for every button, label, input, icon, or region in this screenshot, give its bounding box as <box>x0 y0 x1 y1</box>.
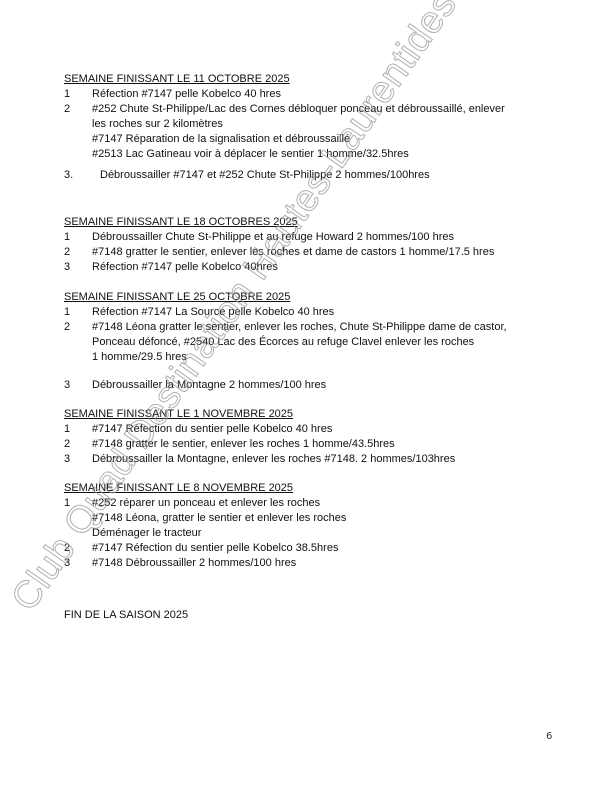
item-number: 3 <box>64 452 92 467</box>
item-number: 1 <box>64 87 92 102</box>
week-section-nov-1: SEMAINE FINISSANT LE 1 NOVEMBRE 2025 1 #… <box>64 407 564 467</box>
list-item: 3 #7148 Débroussailler 2 hommes/100 hres <box>64 556 564 571</box>
item-text: #252 réparer un ponceau et enlever les r… <box>64 496 564 511</box>
list-item: 2 #7147 Réfection du sentier pelle Kobel… <box>64 541 564 556</box>
list-item: 1 #7147 Réfection du sentier pelle Kobel… <box>64 422 564 437</box>
item-text-continued: Ponceau défoncé, #2540 Lac des Écorces a… <box>64 335 564 350</box>
list-item: 3. Débroussailler #7147 et #252 Chute St… <box>64 168 564 183</box>
season-end-note: FIN DE LA SAISON 2025 <box>64 608 188 623</box>
week-section-oct-11: SEMAINE FINISSANT LE 11 OCTOBRE 2025 1 R… <box>64 72 564 183</box>
list-item: 3 Débroussailler la Montagne 2 hommes/10… <box>64 378 564 393</box>
section-heading: SEMAINE FINISSANT LE 1 NOVEMBRE 2025 <box>64 407 564 422</box>
section-heading: SEMAINE FINISSANT LE 18 OCTOBRES 2025 <box>64 215 564 230</box>
list-item: 3 Réfection #7147 pelle Kobelco 40hres <box>64 260 564 275</box>
item-number: 3 <box>64 260 92 275</box>
item-number: 2 <box>64 320 92 335</box>
item-text-continued: #7148 Léona, gratter le sentier et enlev… <box>64 511 564 526</box>
item-text: Réfection #7147 La Source pelle Kobelco … <box>64 305 564 320</box>
item-text: Débroussailler la Montagne 2 hommes/100 … <box>64 378 564 393</box>
item-number: 1 <box>64 230 92 245</box>
item-text: Réfection #7147 pelle Kobelco 40hres <box>64 260 564 275</box>
list-item: 2 #7148 Léona gratter le sentier, enleve… <box>64 320 564 365</box>
document-page: SEMAINE FINISSANT LE 11 OCTOBRE 2025 1 R… <box>0 0 612 792</box>
week-section-nov-8: SEMAINE FINISSANT LE 8 NOVEMBRE 2025 1 #… <box>64 481 564 571</box>
list-item: 2 #7148 gratter le sentier, enlever les … <box>64 437 564 452</box>
list-item: 1 Réfection #7147 La Source pelle Kobelc… <box>64 305 564 320</box>
section-heading: SEMAINE FINISSANT LE 25 OCTOBRE 2025 <box>64 290 564 305</box>
page-number: 6 <box>546 731 552 742</box>
list-item: 3 Débroussailler la Montagne, enlever le… <box>64 452 564 467</box>
item-text-continued: 1 homme/29.5 hres <box>64 350 564 365</box>
list-item: 2 #252 Chute St-Philippe/Lac des Cornes … <box>64 102 564 162</box>
item-text-continued: #7147 Réparation de la signalisation et … <box>64 132 564 147</box>
item-text: Débroussailler la Montagne, enlever les … <box>64 452 564 467</box>
item-number: 3 <box>64 378 92 393</box>
item-text: #252 Chute St-Philippe/Lac des Cornes dé… <box>64 102 564 117</box>
list-item: 1 Débroussailler Chute St-Philippe et au… <box>64 230 564 245</box>
item-number: 3. <box>64 168 100 183</box>
item-text: Débroussailler Chute St-Philippe et au r… <box>64 230 564 245</box>
item-text: #7148 Débroussailler 2 hommes/100 hres <box>64 556 564 571</box>
item-number: 3 <box>64 556 92 571</box>
section-heading: SEMAINE FINISSANT LE 11 OCTOBRE 2025 <box>64 72 564 87</box>
item-text: Débroussailler #7147 et #252 Chute St-Ph… <box>64 168 564 183</box>
item-number: 1 <box>64 422 92 437</box>
item-number: 2 <box>64 102 92 117</box>
item-text: #7148 gratter le sentier, enlever les ro… <box>64 437 564 452</box>
item-text: Réfection #7147 pelle Kobelco 40 hres <box>64 87 564 102</box>
item-text: #7148 Léona gratter le sentier, enlever … <box>64 320 564 335</box>
week-section-oct-25: SEMAINE FINISSANT LE 25 OCTOBRE 2025 1 R… <box>64 290 564 393</box>
list-item: 1 #252 réparer un ponceau et enlever les… <box>64 496 564 541</box>
item-number: 1 <box>64 305 92 320</box>
item-text-continued: #2513 Lac Gatineau voir à déplacer le se… <box>64 147 564 162</box>
item-text: #7147 Réfection du sentier pelle Kobelco… <box>64 541 564 556</box>
week-section-oct-18: SEMAINE FINISSANT LE 18 OCTOBRES 2025 1 … <box>64 215 564 275</box>
section-heading: SEMAINE FINISSANT LE 8 NOVEMBRE 2025 <box>64 481 564 496</box>
item-number: 2 <box>64 245 92 260</box>
item-text-continued: Déménager le tracteur <box>64 526 564 541</box>
item-number: 2 <box>64 437 92 452</box>
item-text: #7147 Réfection du sentier pelle Kobelco… <box>64 422 564 437</box>
item-number: 2 <box>64 541 92 556</box>
list-item: 1 Réfection #7147 pelle Kobelco 40 hres <box>64 87 564 102</box>
item-text: #7148 gratter le sentier, enlever les ro… <box>64 245 564 260</box>
item-text-continued: les roches sur 2 kilomètres <box>64 117 564 132</box>
list-item: 2 #7148 gratter le sentier, enlever les … <box>64 245 564 260</box>
item-number: 1 <box>64 496 92 511</box>
